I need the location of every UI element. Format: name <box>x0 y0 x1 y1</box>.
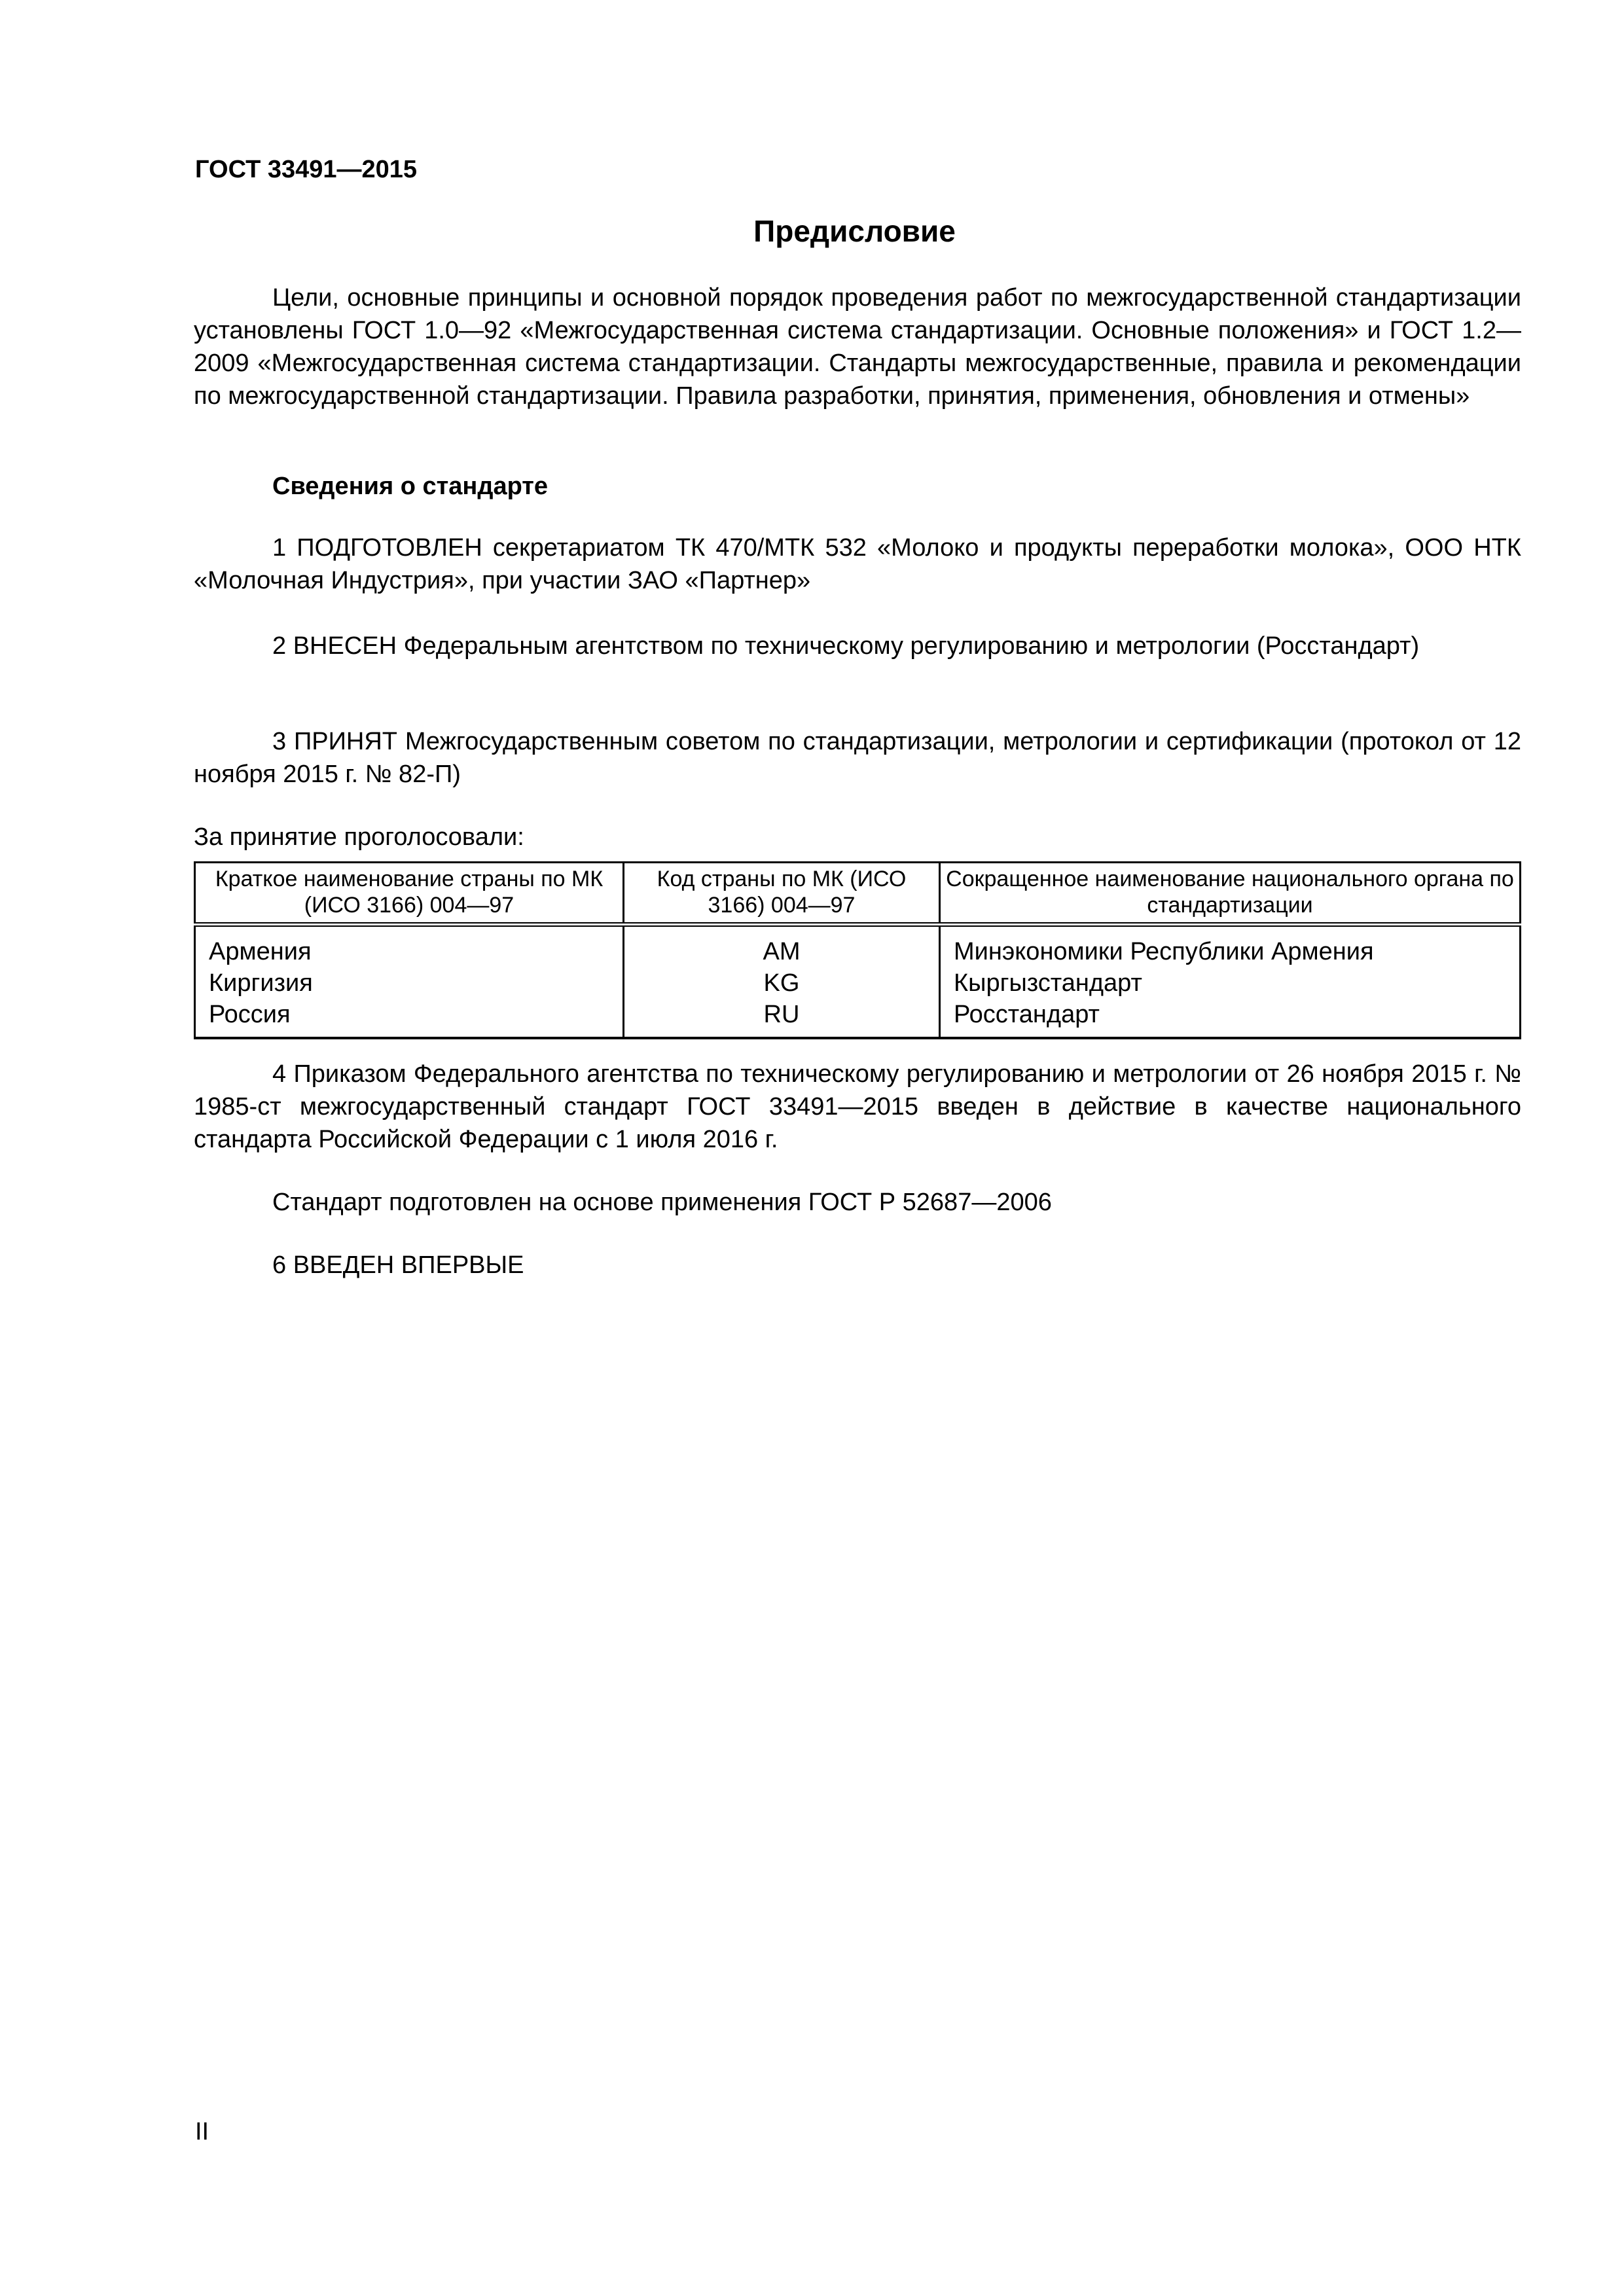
table-row: Армения AM Минэкономики Республики Армен… <box>195 925 1521 968</box>
votes-caption-block: За принятие проголосовали: <box>194 821 1521 853</box>
item-3-text: 3 ПРИНЯТ Межгосударственным советом по с… <box>194 725 1521 791</box>
cell-code: KG <box>624 967 940 999</box>
item-2: 2 ВНЕСЕН Федеральным агентством по техни… <box>194 630 1521 662</box>
header-national-body: Сокращенное наименование национального о… <box>940 863 1521 925</box>
section-heading-block: Сведения о стандарте <box>194 470 1521 503</box>
section-heading: Сведения о стандарте <box>194 470 1521 503</box>
cell-body: Росстандарт <box>940 999 1521 1038</box>
cell-code: RU <box>624 999 940 1038</box>
table-header-row: Краткое наименование страны по МК (ИСО 3… <box>195 863 1521 925</box>
cell-body: Кыргызстандарт <box>940 967 1521 999</box>
cell-body: Минэкономики Республики Армения <box>940 925 1521 968</box>
item-2-text: 2 ВНЕСЕН Федеральным агентством по техни… <box>194 630 1521 662</box>
item-5-text: Стандарт подготовлен на основе применени… <box>194 1186 1521 1219</box>
item-6-text: 6 ВВЕДЕН ВПЕРВЫЕ <box>194 1249 1521 1282</box>
page-number: II <box>195 2118 209 2146</box>
item-1-text: 1 ПОДГОТОВЛЕН секретариатом ТК 470/МТК 5… <box>194 531 1521 597</box>
document-designation: ГОСТ 33491—2015 <box>195 156 417 184</box>
votes-table: Краткое наименование страны по МК (ИСО 3… <box>194 861 1521 1039</box>
cell-country: Россия <box>195 999 624 1038</box>
intro-paragraph: Цели, основные принципы и основной поряд… <box>194 281 1521 412</box>
header-country-name: Краткое наименование страны по МК (ИСО 3… <box>195 863 624 925</box>
item-3: 3 ПРИНЯТ Межгосударственным советом по с… <box>194 725 1521 791</box>
item-4: 4 Приказом Федерального агентства по тех… <box>194 1058 1521 1156</box>
cell-code: AM <box>624 925 940 968</box>
table-row: Киргизия KG Кыргызстандарт <box>195 967 1521 999</box>
page-title: Предисловие <box>0 213 1624 249</box>
item-5: Стандарт подготовлен на основе применени… <box>194 1186 1521 1219</box>
item-1: 1 ПОДГОТОВЛЕН секретариатом ТК 470/МТК 5… <box>194 531 1521 597</box>
cell-country: Киргизия <box>195 967 624 999</box>
votes-caption: За принятие проголосовали: <box>194 821 1521 853</box>
cell-country: Армения <box>195 925 624 968</box>
intro-text: Цели, основные принципы и основной поряд… <box>194 281 1521 412</box>
header-country-code: Код страны по МК (ИСО 3166) 004—97 <box>624 863 940 925</box>
item-6: 6 ВВЕДЕН ВПЕРВЫЕ <box>194 1249 1521 1282</box>
item-4-text: 4 Приказом Федерального агентства по тех… <box>194 1058 1521 1156</box>
table-row: Россия RU Росстандарт <box>195 999 1521 1038</box>
